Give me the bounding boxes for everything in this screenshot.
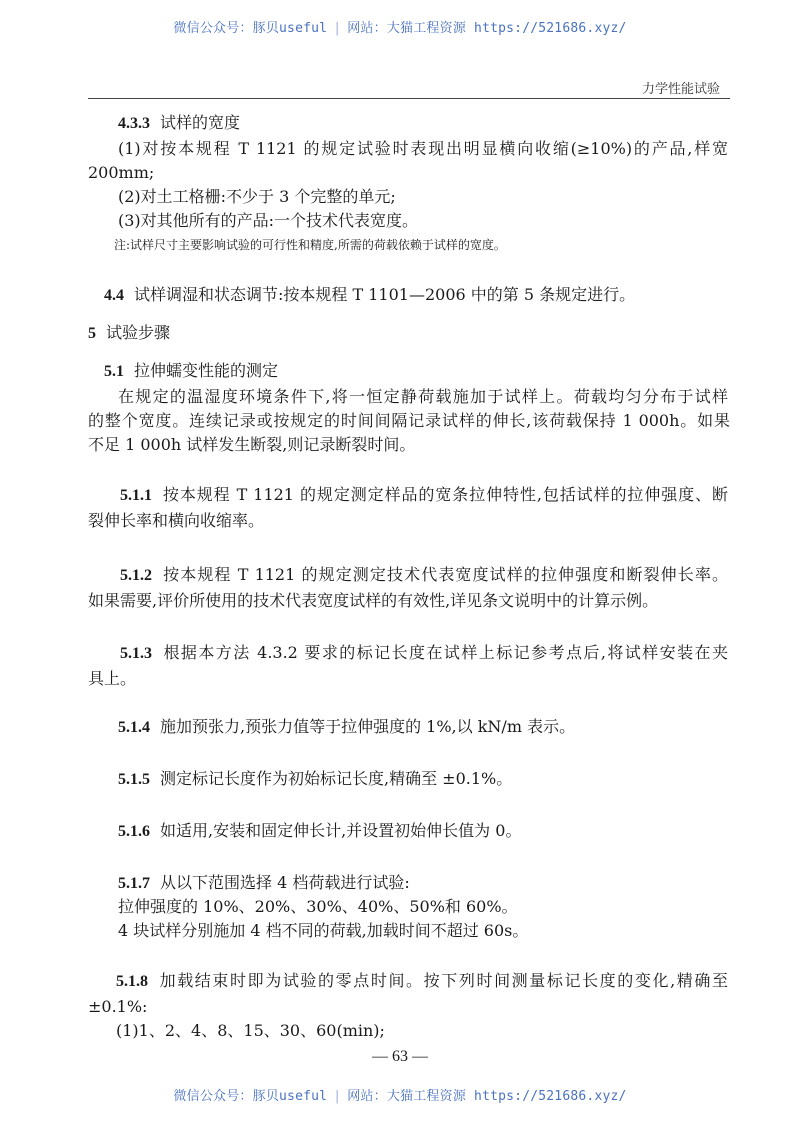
- section-text: 试样调湿和状态调节:按本规程 T 1101—2006 中的第 5 条规定进行。: [134, 285, 635, 304]
- list-item: (2)对土工格栅:不少于 3 个完整的单元;: [118, 186, 396, 208]
- section-number: 5.1.6: [118, 823, 150, 840]
- paragraph-line: 裂伸长率和横向收缩率。: [88, 510, 264, 532]
- section-text: 按本规程 T 1121 的规定测定技术代表宽度试样的拉伸强度和断裂伸长率。: [162, 565, 728, 584]
- section-5-1-7: 5.1.7从以下范围选择 4 档荷载进行试验:: [118, 872, 410, 895]
- watermark-separator: |: [333, 21, 341, 36]
- section-text: 按本规程 T 1121 的规定测定样品的宽条拉伸特性,包括试样的拉伸强度、断: [162, 485, 728, 504]
- section-number: 5.1.4: [118, 719, 150, 736]
- section-text: 如适用,安装和固定伸长计,并设置初始伸长值为 0。: [160, 821, 521, 840]
- paragraph-line: ±0.1%:: [88, 996, 147, 1018]
- section-number: 5.1: [104, 363, 124, 380]
- section-number: 4.4: [104, 287, 124, 304]
- section-text: 根据本方法 4.3.2 要求的标记长度在试样上标记参考点后,将试样安装在夹: [162, 643, 728, 662]
- paragraph-line: 200mm;: [88, 162, 154, 184]
- paragraph-line: 在规定的温湿度环境条件下,将一恒定静荷载施加于试样上。荷载均匀分布于试样: [118, 386, 728, 408]
- section-4-4: 4.4试样调湿和状态调节:按本规程 T 1101—2006 中的第 5 条规定进…: [104, 284, 635, 307]
- section-5-1-heading: 5.1拉伸蠕变性能的测定: [104, 360, 278, 383]
- section-5-1-2: 5.1.2按本规程 T 1121 的规定测定技术代表宽度试样的拉伸强度和断裂伸长…: [120, 564, 728, 587]
- section-number: 5.1.5: [118, 771, 150, 788]
- watermark-right: 网站：大猫工程资源 https://521686.xyz/: [347, 21, 626, 36]
- section-number: 5.1.3: [120, 645, 152, 662]
- section-title: 试样的宽度: [160, 113, 240, 132]
- watermark-bottom: 微信公众号：豚贝useful|网站：大猫工程资源 https://521686.…: [0, 1085, 800, 1104]
- section-5-1-6: 5.1.6如适用,安装和固定伸长计,并设置初始伸长值为 0。: [118, 820, 521, 843]
- section-number: 5: [88, 325, 96, 342]
- list-item: (1)1、2、4、8、15、30、60(min);: [116, 1020, 385, 1042]
- paragraph-line: 4 块试样分别施加 4 档不同的荷载,加载时间不超过 60s。: [118, 920, 528, 942]
- section-text: 加载结束时即为试验的零点时间。按下列时间测量标记长度的变化,精确至: [158, 971, 728, 990]
- section-title: 试验步骤: [106, 323, 170, 342]
- watermark-left: 微信公众号：豚贝useful: [173, 1089, 327, 1104]
- section-number: 5.1.7: [118, 875, 150, 892]
- watermark-left: 微信公众号：豚贝useful: [173, 21, 327, 36]
- running-head: 力学性能试验: [642, 78, 720, 97]
- paragraph-line: (1)对按本规程 T 1121 的规定试验时表现出明显横向收缩(≥10%)的产品…: [118, 138, 728, 160]
- section-text: 测定标记长度作为初始标记长度,精确至 ±0.1%。: [160, 769, 512, 788]
- page-number: — 63 —: [0, 1048, 800, 1066]
- section-5-1-8: 5.1.8加载结束时即为试验的零点时间。按下列时间测量标记长度的变化,精确至: [116, 970, 728, 993]
- header-rule: [88, 98, 730, 99]
- section-4-3-3-heading: 4.3.3试样的宽度: [118, 112, 240, 135]
- section-5-heading: 5试验步骤: [88, 322, 170, 345]
- watermark-top: 微信公众号：豚贝useful|网站：大猫工程资源 https://521686.…: [0, 17, 800, 36]
- paragraph-line: 拉伸强度的 10%、20%、30%、40%、50%和 60%。: [118, 896, 518, 918]
- section-5-1-4: 5.1.4施加预张力,预张力值等于拉伸强度的 1%,以 kN/m 表示。: [118, 716, 575, 739]
- section-text: 施加预张力,预张力值等于拉伸强度的 1%,以 kN/m 表示。: [160, 717, 575, 736]
- section-number: 5.1.2: [120, 567, 152, 584]
- paragraph-line: 不足 1 000h 试样发生断裂,则记录断裂时间。: [88, 434, 415, 456]
- section-5-1-3: 5.1.3根据本方法 4.3.2 要求的标记长度在试样上标记参考点后,将试样安装…: [120, 642, 728, 665]
- section-text: 从以下范围选择 4 档荷载进行试验:: [160, 873, 410, 892]
- section-5-1-1: 5.1.1按本规程 T 1121 的规定测定样品的宽条拉伸特性,包括试样的拉伸强…: [120, 484, 728, 507]
- paragraph-line: 具上。: [88, 668, 136, 690]
- section-number: 4.3.3: [118, 115, 150, 132]
- watermark-right: 网站：大猫工程资源 https://521686.xyz/: [347, 1089, 626, 1104]
- paragraph-line: 如果需要,评价所使用的技术代表宽度试样的有效性,详见条文说明中的计算示例。: [88, 590, 658, 612]
- watermark-separator: |: [333, 1089, 341, 1104]
- note: 注:试样尺寸主要影响试验的可行性和精度,所需的荷载依赖于试样的宽度。: [114, 234, 506, 256]
- section-number: 5.1.8: [116, 973, 148, 990]
- section-number: 5.1.1: [120, 487, 152, 504]
- list-item: (3)对其他所有的产品:一个技术代表宽度。: [118, 210, 418, 232]
- section-title: 拉伸蠕变性能的测定: [134, 361, 278, 380]
- paragraph-line: 的整个宽度。连续记录或按规定的时间间隔记录试样的伸长,该荷载保持 1 000h。…: [88, 410, 730, 432]
- section-5-1-5: 5.1.5测定标记长度作为初始标记长度,精确至 ±0.1%。: [118, 768, 512, 791]
